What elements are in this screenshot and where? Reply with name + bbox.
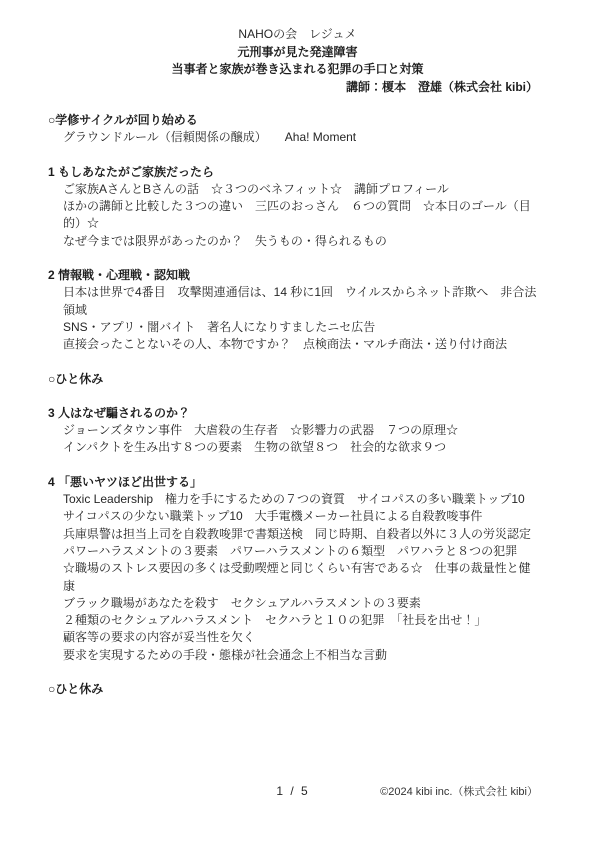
lecturer-line: 講師：榎本 澄雄（株式会社 kibi） [0, 79, 595, 97]
section-heading: ○学修サイクルが回り始める [48, 112, 538, 129]
document-page: NAHOの会 レジュメ 元刑事が見た発達障害 当事者と家族が巻き込まれる犯罪の手… [0, 0, 595, 841]
copyright: ©2024 kibi inc.（株式会社 kibi） [380, 784, 538, 801]
content-line: ブラック職場があなたを殺す セクシュアルハラスメントの３要素 [48, 595, 538, 612]
content-line: SNS・アプリ・闇バイト 著名人になりすましたニセ広告 [48, 319, 538, 336]
section-heading: ○ひと休み [48, 371, 538, 388]
section-break-2: ○ひと休み [48, 681, 538, 698]
content-line: Toxic Leadership 権力を手にするための７つの資質 サイコパスの多… [48, 491, 538, 508]
section-learning-cycle: ○学修サイクルが回り始める グラウンドルール（信頼関係の醸成） Aha! Mom… [48, 112, 538, 147]
content-line: なぜ今までは限界があったのか？ 失うもの・得られるもの [48, 233, 538, 250]
section-heading: 2 情報戦・心理戦・認知戦 [48, 267, 538, 284]
content-line: ２種類のセクシュアルハラスメント セクハラと１０の犯罪 「社長を出せ！」 [48, 612, 538, 629]
content-line: 兵庫県警は担当上司を自殺教唆罪で書類送検 同じ時期、自殺者以外に３人の労災認定 [48, 526, 538, 543]
document-footer: 1 / 5 ©2024 kibi inc.（株式会社 kibi） [48, 783, 538, 801]
content-line: ☆職場のストレス要因の多くは受動喫煙と同じくらい有害である☆ 仕事の裁量性と健康 [48, 560, 538, 595]
section-heading: ○ひと休み [48, 681, 538, 698]
content-line: グラウンドルール（信頼関係の醸成） Aha! Moment [48, 129, 538, 146]
section-1-family: 1 もしあなたがご家族だったら ご家族AさんとBさんの話 ☆３つのベネフィット☆… [48, 164, 538, 250]
content-line: 要求を実現するための手段・態様が社会通念上不相当な言動 [48, 647, 538, 664]
meeting-name: NAHOの会 レジュメ [0, 26, 595, 44]
document-title: 元刑事が見た発達障害 [0, 44, 595, 62]
section-4-bad-guys-succeed: 4 「悪いヤツほど出世する」 Toxic Leadership 権力を手にするた… [48, 474, 538, 664]
content-line: パワーハラスメントの３要素 パワーハラスメントの６類型 パワハラと８つの犯罪 [48, 543, 538, 560]
section-2-information-war: 2 情報戦・心理戦・認知戦 日本は世界で4番目 攻撃関連通信は、14 秒に1回 … [48, 267, 538, 353]
document-header: NAHOの会 レジュメ 元刑事が見た発達障害 当事者と家族が巻き込まれる犯罪の手… [0, 0, 595, 96]
section-break-1: ○ひと休み [48, 371, 538, 388]
content-line: 直接会ったことないその人、本物ですか？ 点検商法・マルチ商法・送り付け商法 [48, 336, 538, 353]
section-3-why-deceived: 3 人はなぜ騙されるのか？ ジョーンズタウン事件 大虐殺の生存者 ☆影響力の武器… [48, 405, 538, 457]
document-body: ○学修サイクルが回り始める グラウンドルール（信頼関係の醸成） Aha! Mom… [0, 96, 595, 698]
content-line: ほかの講師と比較した３つの違い 三匹のおっさん ６つの質問 ☆本日のゴール（目的… [48, 198, 538, 233]
content-line: インパクトを生み出す８つの要素 生物の欲望８つ 社会的な欲求９つ [48, 439, 538, 456]
content-line: 顧客等の要求の内容が妥当性を欠く [48, 629, 538, 646]
section-heading: 1 もしあなたがご家族だったら [48, 164, 538, 181]
section-heading: 4 「悪いヤツほど出世する」 [48, 474, 538, 491]
content-line: サイコパスの少ない職業トップ10 大手電機メーカー社員による自殺教唆事件 [48, 508, 538, 525]
content-line: ご家族AさんとBさんの話 ☆３つのベネフィット☆ 講師プロフィール [48, 181, 538, 198]
content-line: ジョーンズタウン事件 大虐殺の生存者 ☆影響力の武器 ７つの原理☆ [48, 422, 538, 439]
section-heading: 3 人はなぜ騙されるのか？ [48, 405, 538, 422]
content-line: 日本は世界で4番目 攻撃関連通信は、14 秒に1回 ウイルスからネット詐欺へ 非… [48, 284, 538, 319]
document-subtitle: 当事者と家族が巻き込まれる犯罪の手口と対策 [0, 61, 595, 79]
